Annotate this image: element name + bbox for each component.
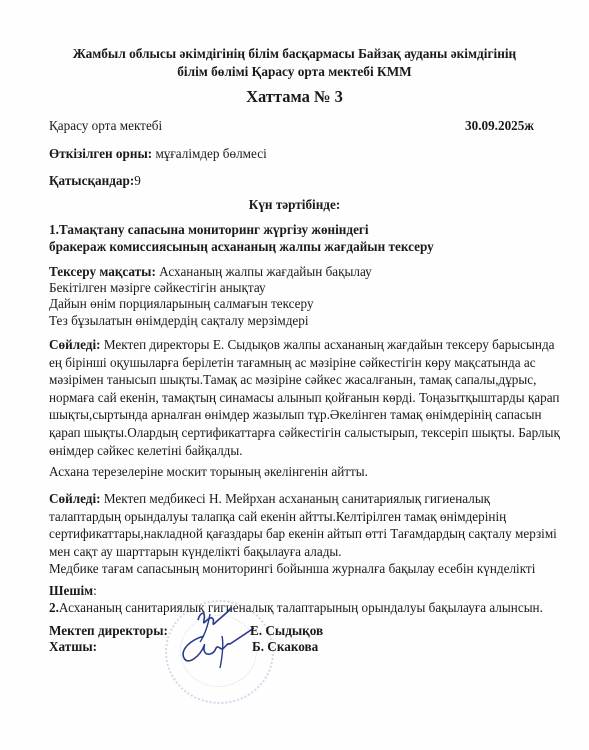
document-page: Жамбыл облысы әкімдігінің білім басқарма… xyxy=(0,0,589,750)
signature-labels: Мектеп директоры: Хатшы: xyxy=(49,623,168,654)
speech-director: Сөйледі: Мектеп директоры Е. Сыдықов жал… xyxy=(49,336,574,459)
agenda-item-1: 1.Тамақтану сапасына мониторинг жүргізу … xyxy=(49,222,434,255)
speech-line: өнімдер сәйкес келетіні байқалды. xyxy=(49,442,574,460)
participants-value: 9 xyxy=(134,173,141,188)
speech-line: талаптардың орындалуы талапқа сай екенін… xyxy=(49,508,574,526)
decision-label: Шешім xyxy=(49,583,93,598)
purpose-line: Тез бұзылатын өнімдердің сақталу мерзімд… xyxy=(49,313,574,329)
speech-line: шықты,сыртында арналған өнімдер жазылып … xyxy=(49,406,574,424)
speech-line: қарап шықты.Олардың сертификаттарға сәйк… xyxy=(49,424,574,442)
speech-line: Мектеп директоры Е. Сыдықов жалпы асхана… xyxy=(101,337,555,352)
speech-line: Мектеп медбикесі Н. Мейрхан асхананың са… xyxy=(101,491,491,506)
decision-item-number: 2. xyxy=(49,600,59,615)
agenda-heading: Күн тәртібінде: xyxy=(0,196,589,213)
speech-line: ең бірінші оқушыларға берілетін тағамның… xyxy=(49,354,574,372)
speech-label: Сөйледі: xyxy=(49,491,101,506)
decision-colon: : xyxy=(93,583,97,598)
purpose-line: Бекітілген мәзірге сәйкестігін анықтау xyxy=(49,280,574,296)
mosquito-net-note: Асхана терезелеріне москит торының әкелі… xyxy=(49,463,368,480)
speech-line: мәзірімен танысып шықты.Тамақ ас мәзірін… xyxy=(49,371,574,389)
speech-line: сертификаттары,накладной қағаздары бар е… xyxy=(49,525,574,543)
purpose-line: Асхананың жалпы жағдайын бақылау xyxy=(156,264,372,279)
director-name: Е. Сыдықов xyxy=(250,623,323,639)
document-date: 30.09.2025ж xyxy=(465,117,534,134)
org-line-2: білім бөлімі Қарасу орта мектебі КММ xyxy=(0,63,589,81)
decision: Шешім: 2.Асхананың санитариялық гигиенал… xyxy=(49,582,574,616)
director-label: Мектеп директоры: xyxy=(49,623,168,639)
speech-line: нормаға сай екенін, тамақтың синамасы ал… xyxy=(49,389,574,407)
participants: Қатысқандар:9 xyxy=(49,172,141,189)
venue-value: мұғалімдер бөлмесі xyxy=(152,146,267,161)
venue-label: Өткізілген орны: xyxy=(49,146,152,161)
inspection-purpose: Тексеру мақсаты: Асхананың жалпы жағдайы… xyxy=(49,264,574,329)
signature-names: Е. Сыдықов Б. Скакова xyxy=(250,623,323,654)
purpose-line: Дайын өнім порцияларының салмағын тексер… xyxy=(49,296,574,312)
org-line-1: Жамбыл облысы әкімдігінің білім басқарма… xyxy=(0,45,589,63)
participants-label: Қатысқандар: xyxy=(49,173,134,188)
document-title: Хаттама № 3 xyxy=(0,87,589,107)
purpose-label: Тексеру мақсаты: xyxy=(49,264,156,279)
speech-nurse: Сөйледі: Мектеп медбикесі Н. Мейрхан асх… xyxy=(49,490,574,578)
organization-header: Жамбыл облысы әкімдігінің білім басқарма… xyxy=(0,45,589,81)
venue: Өткізілген орны: мұғалімдер бөлмесі xyxy=(49,145,267,162)
speech-line: мен сақт ау шарттарын күнделікті бақылау… xyxy=(49,543,574,561)
decision-item-text: Асхананың санитариялық гигиеналық талапт… xyxy=(59,600,543,615)
school-name: Қарасу орта мектебі xyxy=(49,117,162,134)
speech-label: Сөйледі: xyxy=(49,337,101,352)
agenda-item-line-2: бракераж комиссиясының асхананың жалпы ж… xyxy=(49,239,434,256)
agenda-item-line-1: 1.Тамақтану сапасына мониторинг жүргізу … xyxy=(49,222,434,239)
secretary-label: Хатшы: xyxy=(49,639,168,655)
secretary-name: Б. Скакова xyxy=(250,639,323,655)
speech-line: Медбике тағам сапасының мониторингі бойы… xyxy=(49,560,574,578)
